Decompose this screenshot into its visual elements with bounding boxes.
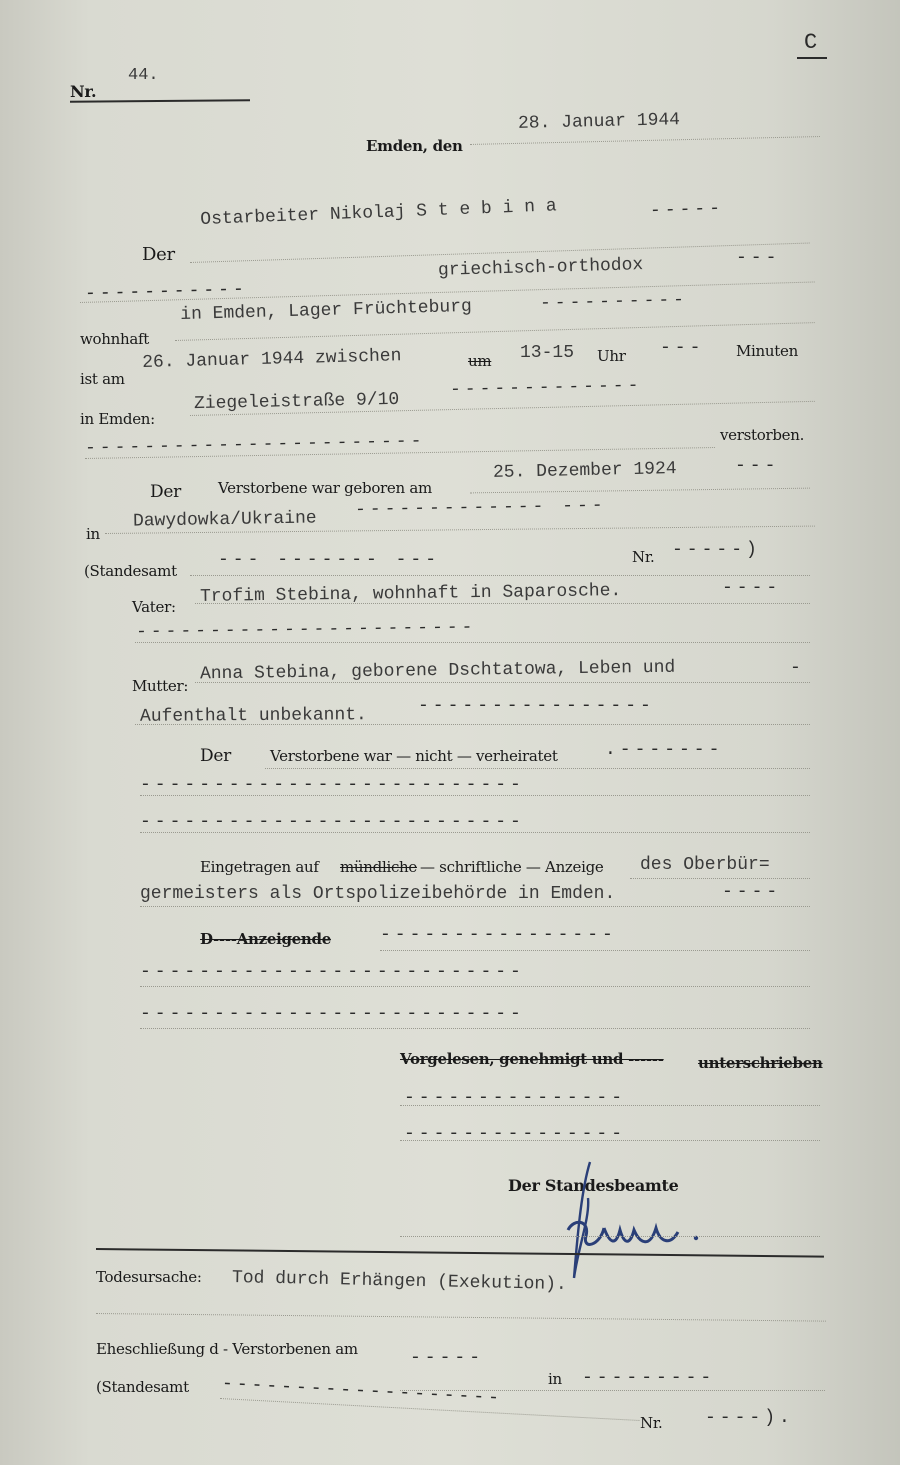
dash-fill: ---------------- [418,696,655,716]
birth-standesamt-line [190,575,810,576]
time-value: 13-15 [520,343,574,363]
death-place-prefix: in Emden: [80,410,155,428]
dash-fill: ------------- [450,376,643,400]
verstorben-label: verstorben. [720,426,804,444]
mother-line [195,682,810,683]
death-date-value: 26. Januar 1944 zwischen [142,346,402,373]
cause-line [96,1313,826,1322]
dash-fill: ----). [705,1408,794,1428]
registration-label: Eingetragen auf [200,858,319,876]
corner-underline [797,57,827,59]
dash-fill: .------- [605,740,723,760]
birth-der-label: Der [150,482,181,502]
dash-fill: --------------- [404,1124,626,1144]
place-date-label: Emden, den [366,137,463,155]
dash-fill: ---------- [540,290,688,314]
marital-line [265,768,810,769]
marital-der-label: Der [200,746,231,766]
dash-fill: --------- [582,1368,715,1388]
record-number-label: Nr. [70,82,96,101]
corner-letter: C [804,30,817,55]
marriage-in-label: in [548,1370,562,1388]
registrar-signature [560,1158,710,1283]
dash-fill: --- [735,456,779,476]
dash-fill: -----) [672,540,761,560]
birth-date-line [470,488,810,494]
birth-place-value: Dawydowka/Ukraine [133,508,317,531]
birth-in-label: in [86,525,100,543]
dash-fill: -------------------------- [140,1004,525,1024]
dash-fill: ---- [722,882,781,902]
marriage-nr-label: Nr. [640,1414,663,1432]
mother-value-line1: Anna Stebina, geborene Dschtatowa, Leben… [200,658,676,685]
record-number-value: 44. [128,66,159,85]
uhr-label: Uhr [597,347,626,365]
dash-fill: ----- [410,1348,484,1368]
record-number-underline [70,99,250,103]
dash-fill: ------------- --- [355,496,607,520]
birth-nr-label: Nr. [632,548,655,566]
registration-value-line2: germeisters als Ortspolizeibehörde in Em… [140,884,615,904]
mother-line-2 [135,724,810,725]
der-label: Der [142,244,175,265]
marriage-label: Eheschließung d - Verstorbenen am [96,1340,358,1358]
dash-fill: -------------------------- [140,775,525,795]
minuten-label: Minuten [736,342,798,360]
signoff-line-2 [400,1140,820,1141]
birth-standesamt-label: (Standesamt [84,562,177,580]
cause-of-death-label: Todesursache: [96,1268,202,1286]
dash-fill: --- ------- --- [218,550,440,570]
mother-label: Mutter: [132,677,188,695]
religion-value: griechisch-orthodox [438,255,644,281]
um-struck: um [468,352,491,370]
deceased-name-value: Ostarbeiter Nikolaj S t e b i n a [200,196,557,230]
signature-line [400,1236,820,1237]
dash-fill: ------------------- [221,1374,503,1409]
date-line [470,136,820,145]
registration-line-2 [140,906,810,907]
father-line-2 [135,642,810,643]
register-date-value: 28. Januar 1944 [518,110,680,134]
read-approved-struck: Vorgelesen, genehmigt und ------ [400,1050,664,1068]
oral-report-struck: mündliche [340,858,417,876]
marital-line-2 [140,795,810,796]
informant-struck: D----Anzeigende [200,930,331,948]
residence-label: wohnhaft [80,330,149,348]
registration-line [630,878,810,879]
death-register-page: C Nr. 44. Emden, den 28. Januar 1944 Der… [0,0,900,1465]
marital-status-text: Verstorbene war — nicht — verheiratet [270,747,558,765]
death-date-label: ist am [80,370,125,388]
birth-label: Verstorbene war geboren am [218,479,432,497]
dash-fill: --- [736,248,780,268]
signed-struck: unterschrieben [698,1054,823,1072]
signoff-line [400,1105,820,1106]
father-label: Vater: [132,598,176,616]
marital-line-3 [140,832,810,833]
cause-of-death-value: Tod durch Erhängen (Exekution). [232,1268,567,1295]
informant-line-3 [140,1028,810,1029]
registration-value-line1: des Oberbür= [640,855,770,875]
dash-fill: -------------------------- [140,812,525,832]
birth-date-value: 25. Dezember 1924 [493,459,677,483]
father-line [195,603,810,604]
dash-fill: --- [660,338,704,358]
written-report-label: — schriftliche — Anzeige [420,858,604,876]
dash-fill: ----------------------- [136,618,477,643]
residence-line [175,322,815,341]
informant-line-2 [140,986,810,987]
informant-line [380,950,810,951]
dash-fill: ----- [650,199,725,222]
dash-fill: ---------------- [380,925,617,945]
dash-fill: ---- [722,578,781,598]
dash-fill: -------------------------- [140,962,525,982]
residence-value: in Emden, Lager Früchteburg [180,297,472,325]
section-divider [96,1248,824,1258]
dash-fill: - [790,658,805,678]
marriage-standesamt-label: (Standesamt [96,1378,189,1396]
